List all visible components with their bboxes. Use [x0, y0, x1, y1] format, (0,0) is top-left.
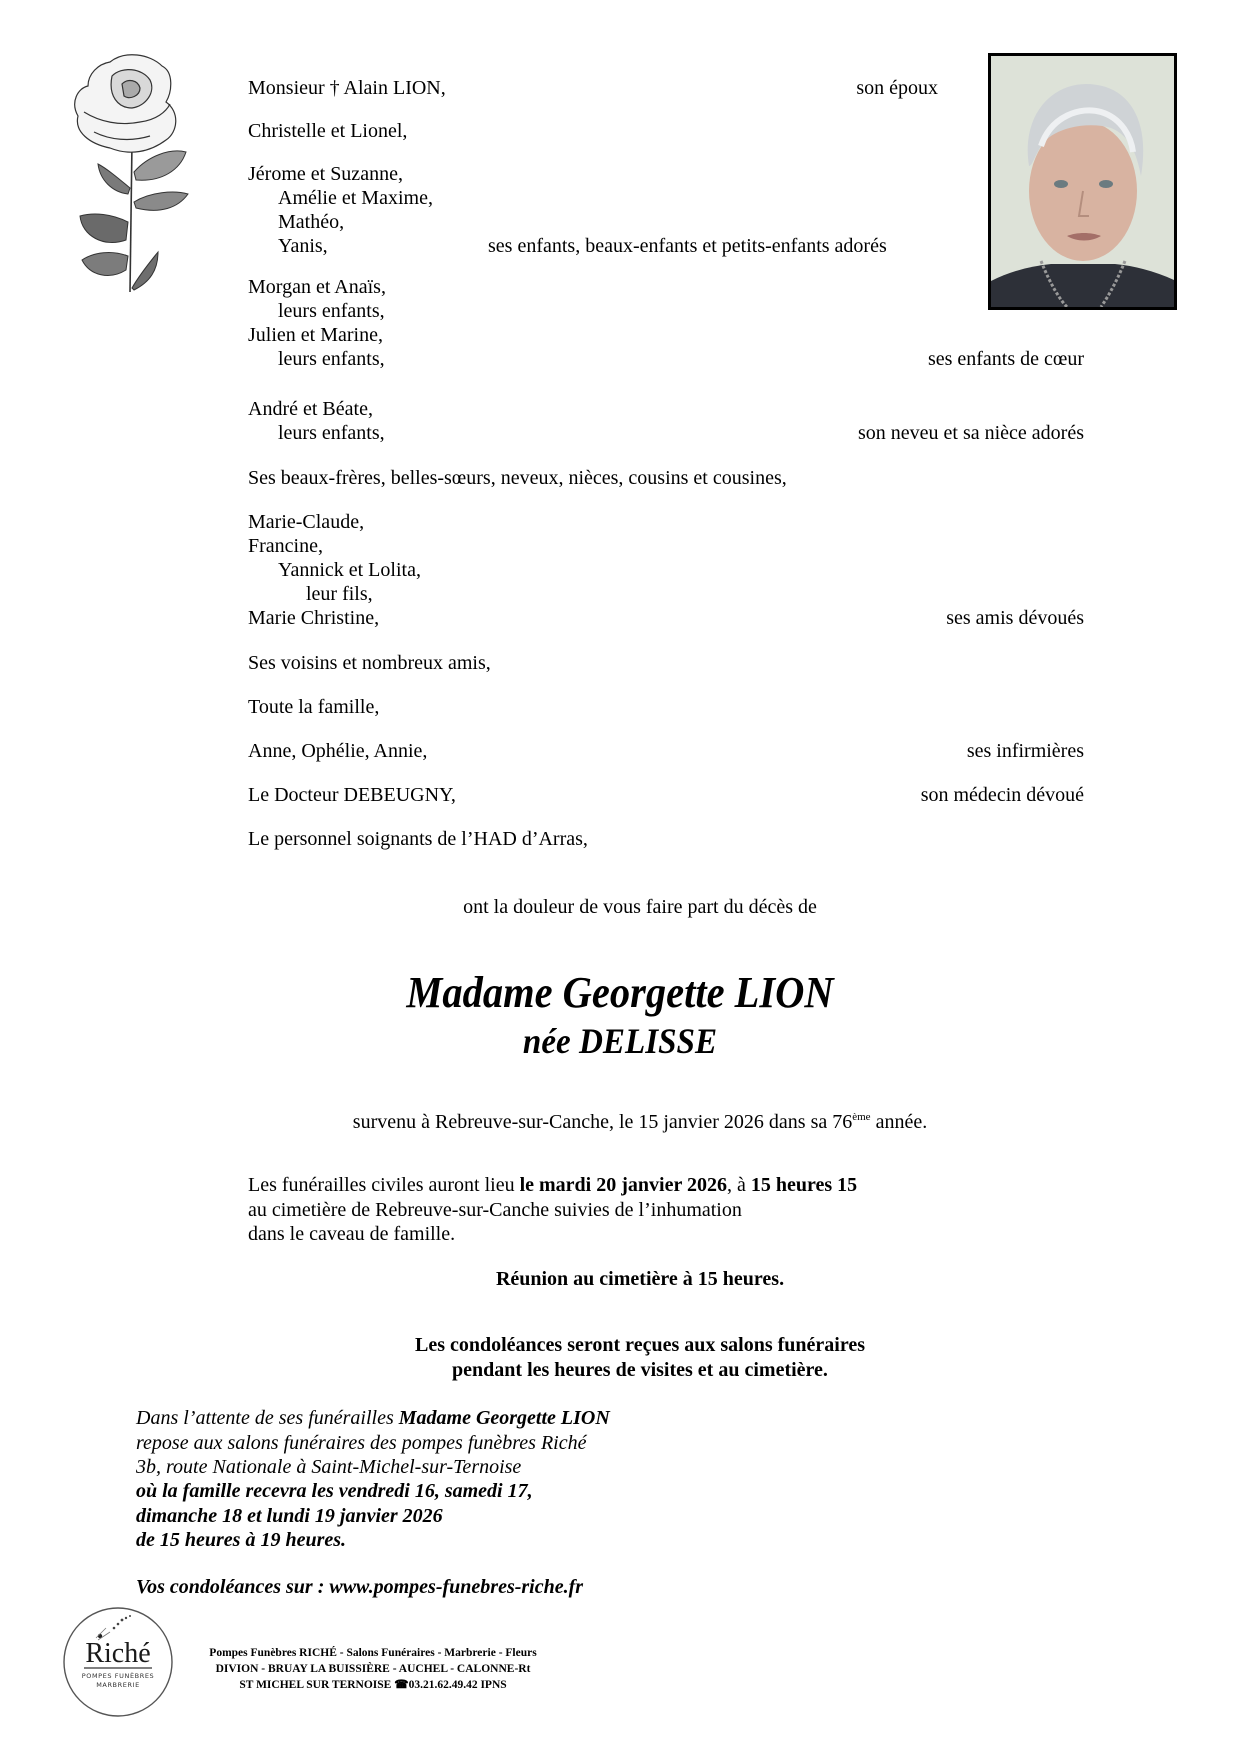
in-laws: Ses beaux-frères, belles-sœurs, neveux, … — [248, 466, 787, 490]
portrait-image — [991, 56, 1174, 307]
visitation-days-1: où la famille recevra les vendredi 16, s… — [136, 1479, 533, 1503]
friend-3-son: leur fils, — [306, 582, 373, 606]
visitation-hours: de 15 heures à 19 heures. — [136, 1528, 346, 1552]
doctor-relation: son médecin dévoué — [921, 783, 1084, 807]
ordinal-suffix: ème — [852, 1111, 870, 1123]
friends-relation: ses amis dévoués — [946, 606, 1084, 630]
meeting-info: Réunion au cimetière à 15 heures. — [0, 1267, 1240, 1291]
death-details-end: année. — [871, 1111, 928, 1133]
visitation-line-1: Dans l’attente de ses funérailles Madame… — [136, 1406, 610, 1430]
nurses-relation: ses infirmières — [967, 739, 1084, 763]
announcement-intro: ont la douleur de vous faire part du déc… — [0, 895, 1240, 919]
funeral-line-1: Les funérailles civiles auront lieu le m… — [248, 1173, 857, 1197]
children-1: Christelle et Lionel, — [248, 119, 407, 143]
funeral-sep: , à — [727, 1174, 751, 1196]
maiden-name: née DELISSE — [50, 1020, 1191, 1062]
spouse-name: Monsieur † Alain LION, — [248, 76, 446, 100]
visitation-days-2: dimanche 18 et lundi 19 janvier 2026 — [136, 1504, 443, 1528]
condolences-line-1: Les condoléances seront reçues aux salon… — [0, 1333, 1240, 1357]
nephew: André et Béate, — [248, 397, 373, 421]
deceased-name: Madame Georgette LION — [50, 968, 1191, 1018]
nurses: Anne, Ophélie, Annie, — [248, 739, 427, 763]
logo-subtitle-1: POMPES FUNÈBRES — [82, 1671, 155, 1680]
phone-icon: ☎ — [394, 1679, 408, 1691]
friend-4: Marie Christine, — [248, 606, 379, 630]
heart-child-1-kids: leurs enfants, — [278, 299, 385, 323]
friend-2: Francine, — [248, 534, 323, 558]
spouse-relation: son époux — [856, 76, 938, 100]
riche-logo: Riché POMPES FUNÈBRES MARBRERIE — [62, 1606, 174, 1718]
friend-1: Marie-Claude, — [248, 510, 364, 534]
visitation-name: Madame Georgette LION — [399, 1407, 610, 1429]
funeral-line-2: au cimetière de Rebreuve-sur-Canche suiv… — [248, 1198, 742, 1222]
online-condolences-link[interactable]: Vos condoléances sur : www.pompes-funebr… — [136, 1575, 583, 1599]
heart-relation: ses enfants de cœur — [928, 347, 1084, 371]
funeral-time: 15 heures 15 — [751, 1174, 857, 1196]
visitation-text: Dans l’attente de ses funérailles — [136, 1407, 399, 1429]
nephew-relation: son neveu et sa nièce adorés — [858, 421, 1084, 445]
funeral-date: le mardi 20 janvier 2026 — [520, 1174, 727, 1196]
neighbours: Ses voisins et nombreux amis, — [248, 651, 491, 675]
grandchild-1: Amélie et Maxime, — [278, 186, 433, 210]
funeral-text: Les funérailles civiles auront lieu — [248, 1174, 520, 1196]
heart-child-2-kids: leurs enfants, — [278, 347, 385, 371]
visitation-line-2: repose aux salons funéraires des pompes … — [136, 1431, 586, 1455]
whole-family: Toute la famille, — [248, 695, 379, 719]
rose-icon — [70, 52, 195, 297]
footer-location: ST MICHEL SUR TERNOISE — [239, 1679, 394, 1691]
children-relation: ses enfants, beaux-enfants et petits-enf… — [488, 234, 887, 258]
grandchild-3: Yanis, — [278, 234, 328, 258]
logo-subtitle-2: MARBRERIE — [96, 1681, 140, 1689]
medical-staff: Le personnel soignants de l’HAD d’Arras, — [248, 827, 588, 851]
footer-line-3: ST MICHEL SUR TERNOISE ☎03.21.62.49.42 I… — [190, 1677, 556, 1693]
footer-phone[interactable]: 03.21.62.49.42 IPNS — [409, 1679, 507, 1691]
death-details-text: survenu à Rebreuve-sur-Canche, le 15 jan… — [353, 1111, 852, 1133]
death-details: survenu à Rebreuve-sur-Canche, le 15 jan… — [0, 1110, 1240, 1134]
nephew-kids: leurs enfants, — [278, 421, 385, 445]
heart-child-2: Julien et Marine, — [248, 323, 383, 347]
friend-3: Yannick et Lolita, — [278, 558, 421, 582]
footer-line-1: Pompes Funèbres RICHÉ - Salons Funéraire… — [190, 1645, 556, 1661]
portrait-photo — [988, 53, 1177, 310]
logo-wordmark: Riché — [85, 1638, 150, 1669]
children-2: Jérome et Suzanne, — [248, 162, 403, 186]
footer-line-2: DIVION - BRUAY LA BUISSIÈRE - AUCHEL - C… — [190, 1661, 556, 1677]
condolences-line-2: pendant les heures de visites et au cime… — [0, 1358, 1240, 1382]
grandchild-2: Mathéo, — [278, 210, 344, 234]
doctor: Le Docteur DEBEUGNY, — [248, 783, 456, 807]
funeral-line-3: dans le caveau de famille. — [248, 1222, 455, 1246]
visitation-address: 3b, route Nationale à Saint-Michel-sur-T… — [136, 1455, 521, 1479]
heart-child-1: Morgan et Anaïs, — [248, 275, 386, 299]
